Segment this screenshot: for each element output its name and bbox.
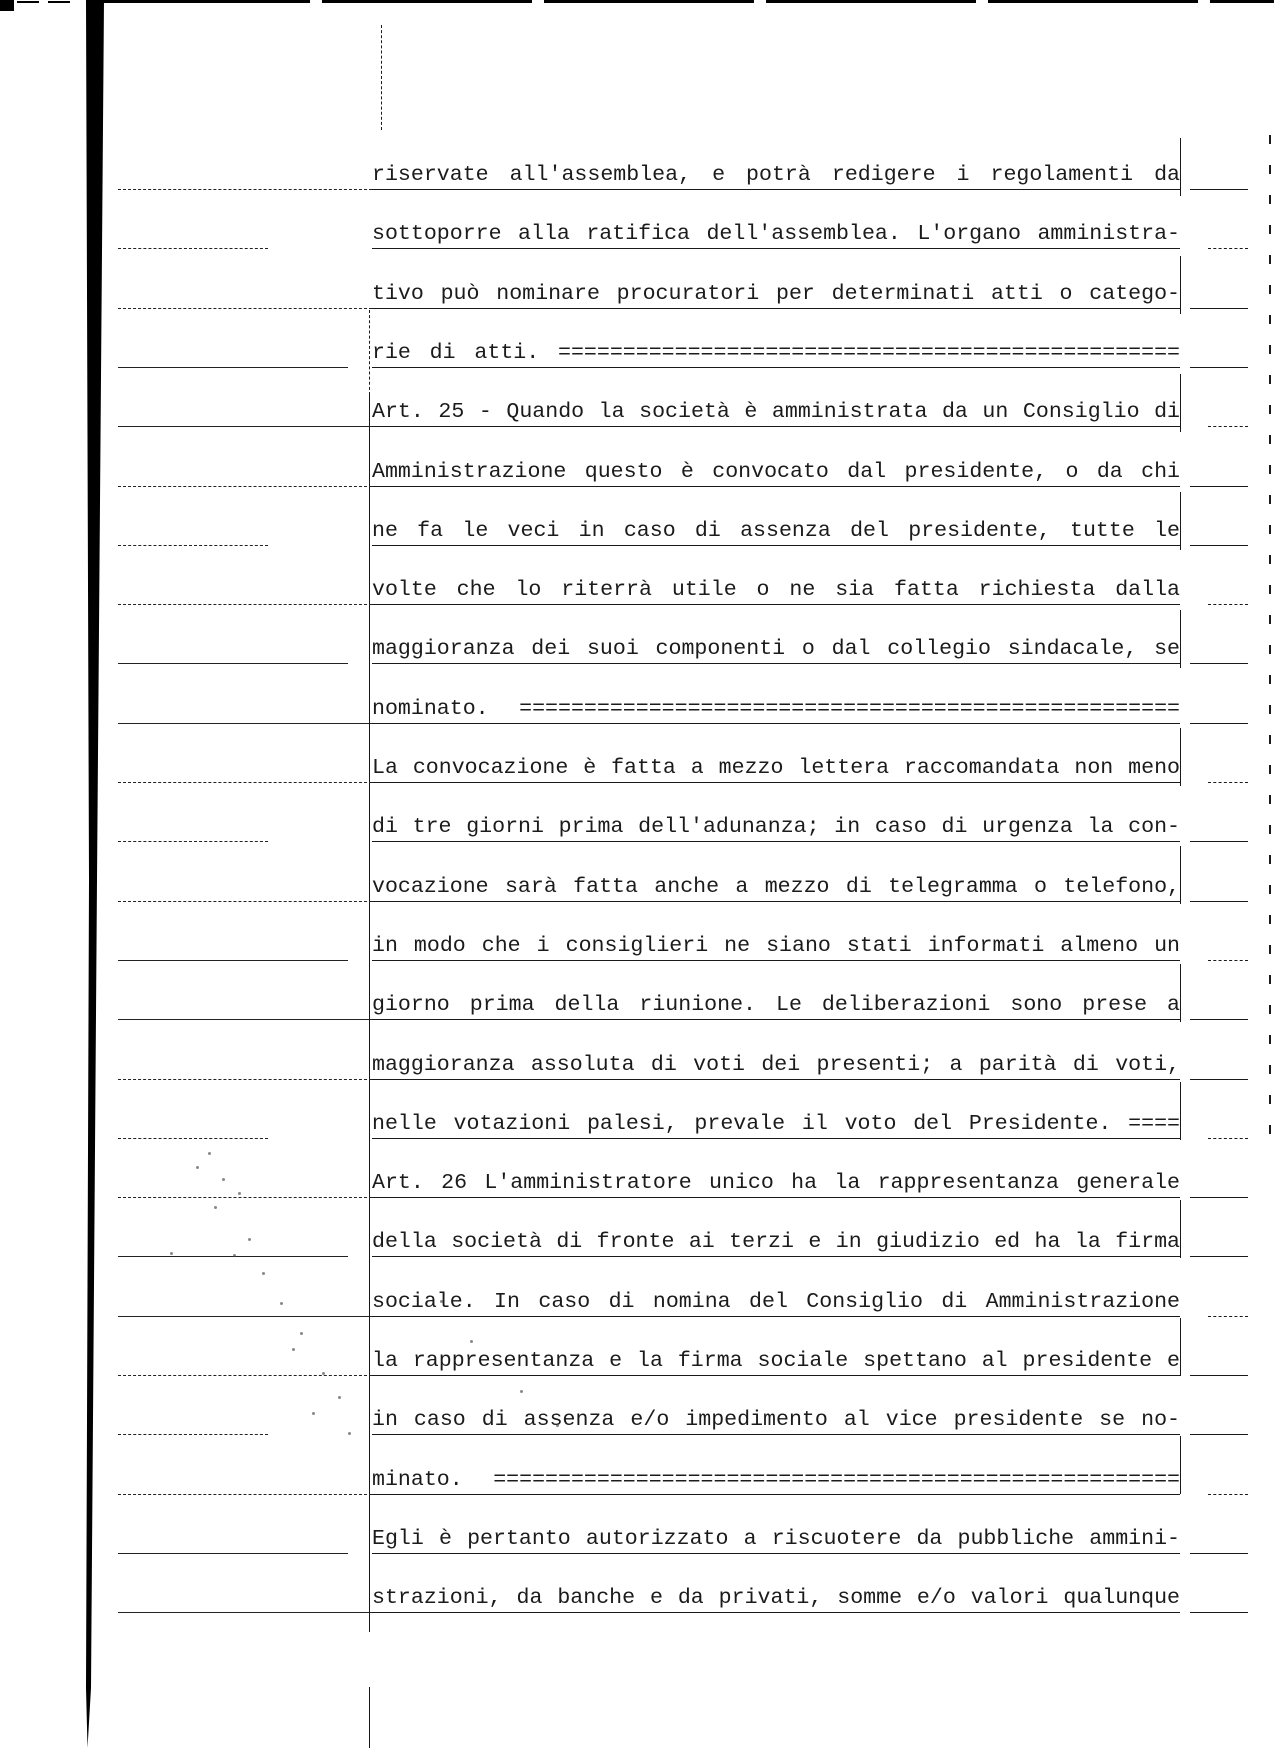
line-text: tivo può nominare procuratori per determ… bbox=[372, 282, 1180, 306]
ruled-line: minato. ================================… bbox=[372, 1447, 1180, 1495]
margin-rule-right bbox=[1208, 782, 1248, 783]
ruled-line: la rappresentanza e la firma sociale spe… bbox=[372, 1328, 1180, 1376]
margin-rule bbox=[118, 545, 268, 546]
margin-rule bbox=[118, 782, 372, 783]
margin-rule bbox=[118, 486, 372, 487]
margin-rule bbox=[118, 367, 348, 368]
line-text: minato. ================================… bbox=[372, 1468, 1180, 1492]
scanned-document-page: riservate all'assemblea, e potrà rediger… bbox=[0, 0, 1274, 1752]
line-text: Amministrazione questo è convocato dal p… bbox=[372, 460, 1180, 484]
margin-rule-right bbox=[1208, 1494, 1248, 1495]
line-text: strazioni, da banche e da privati, somme… bbox=[372, 1586, 1180, 1610]
ruled-line: in caso di assenza e/o impedimento al vi… bbox=[372, 1387, 1180, 1435]
text-line-22: in caso di assenza e/o impedimento al vi… bbox=[118, 1388, 1248, 1435]
ruled-line: Art. 26 L'amministratore unico ha la rap… bbox=[372, 1150, 1180, 1198]
line-text: in caso di assenza e/o impedimento al vi… bbox=[372, 1408, 1180, 1432]
ruled-line: Egli è pertanto autorizzato a riscuotere… bbox=[372, 1506, 1180, 1554]
line-text: sociale. In caso di nomina del Consiglio… bbox=[372, 1290, 1180, 1314]
ruled-line: Art. 25 - Quando la società è amministra… bbox=[372, 379, 1180, 427]
text-line-6: Amministrazione questo è convocato dal p… bbox=[118, 440, 1248, 487]
text-line-18: Art. 26 L'amministratore unico ha la rap… bbox=[118, 1151, 1248, 1198]
margin-rule bbox=[118, 1019, 372, 1020]
line-text: nelle votazioni palesi, prevale il voto … bbox=[372, 1112, 1180, 1136]
margin-rule bbox=[118, 248, 268, 249]
margin-rule-right bbox=[1190, 189, 1248, 190]
ruled-line: Amministrazione questo è convocato dal p… bbox=[372, 439, 1180, 487]
margin-rule-right bbox=[1190, 1019, 1248, 1020]
margin-rule-right bbox=[1190, 367, 1248, 368]
margin-rule bbox=[118, 1494, 372, 1495]
ruled-line: vocazione sarà fatta anche a mezzo di te… bbox=[372, 854, 1180, 902]
margin-rule-right bbox=[1190, 1434, 1248, 1435]
margin-rule-right bbox=[1208, 426, 1248, 427]
text-line-11: La convocazione è fatta a mezzo lettera … bbox=[118, 736, 1248, 783]
text-line-25: strazioni, da banche e da privati, somme… bbox=[118, 1566, 1248, 1613]
text-line-9: maggioranza dei suoi componenti o dal co… bbox=[118, 617, 1248, 664]
margin-rule bbox=[118, 604, 372, 605]
ruled-line: strazioni, da banche e da privati, somme… bbox=[372, 1565, 1180, 1613]
text-line-17: nelle votazioni palesi, prevale il voto … bbox=[118, 1092, 1248, 1139]
margin-rule bbox=[118, 1079, 372, 1080]
margin-rule-right bbox=[1208, 1138, 1248, 1139]
line-text: maggioranza dei suoi componenti o dal co… bbox=[372, 637, 1180, 661]
text-line-7: ne fa le veci in caso di assenza del pre… bbox=[118, 499, 1248, 546]
ruled-line: della società di fronte ai terzi e in gi… bbox=[372, 1209, 1180, 1257]
scan-edge-bar bbox=[85, 0, 105, 1752]
text-line-24: Egli è pertanto autorizzato a riscuotere… bbox=[118, 1507, 1248, 1554]
line-text: La convocazione è fatta a mezzo lettera … bbox=[372, 756, 1180, 780]
line-text: giorno prima della riunione. Le delibera… bbox=[372, 993, 1180, 1017]
margin-rule bbox=[118, 1434, 268, 1435]
margin-rule-right bbox=[1190, 1256, 1248, 1257]
ruled-line: sottoporre alla ratifica dell'assemblea.… bbox=[372, 201, 1180, 249]
margin-rule-right bbox=[1190, 486, 1248, 487]
text-line-14: in modo che i consiglieri ne siano stati… bbox=[118, 914, 1248, 961]
line-text: nominato. ==============================… bbox=[372, 697, 1180, 721]
line-text: maggioranza assoluta di voti dei present… bbox=[372, 1053, 1180, 1077]
text-line-2: sottoporre alla ratifica dell'assemblea.… bbox=[118, 202, 1248, 249]
margin-rule-right bbox=[1190, 723, 1248, 724]
line-text: della società di fronte ai terzi e in gi… bbox=[372, 1230, 1180, 1254]
text-line-1: riservate all'assemblea, e potrà rediger… bbox=[118, 143, 1248, 190]
margin-rule-right bbox=[1190, 1197, 1248, 1198]
text-line-20: sociale. In caso di nomina del Consiglio… bbox=[118, 1270, 1248, 1317]
ruled-line: di tre giorni prima dell'adunanza; in ca… bbox=[372, 794, 1180, 842]
ruled-line: sociale. In caso di nomina del Consiglio… bbox=[372, 1269, 1180, 1317]
line-text: Egli è pertanto autorizzato a riscuotere… bbox=[372, 1527, 1180, 1551]
margin-rule bbox=[118, 841, 268, 842]
line-text: di tre giorni prima dell'adunanza; in ca… bbox=[372, 815, 1180, 839]
margin-rule bbox=[118, 1553, 348, 1554]
text-line-21: la rappresentanza e la firma sociale spe… bbox=[118, 1329, 1248, 1376]
margin-rule-right bbox=[1190, 1553, 1248, 1554]
text-line-15: giorno prima della riunione. Le delibera… bbox=[118, 973, 1248, 1020]
line-text: Art. 26 L'amministratore unico ha la rap… bbox=[372, 1171, 1180, 1195]
margin-rule-right bbox=[1190, 545, 1248, 546]
line-text: volte che lo riterrà utile o ne sia fatt… bbox=[372, 578, 1180, 602]
line-text: vocazione sarà fatta anche a mezzo di te… bbox=[372, 875, 1180, 899]
line-text: Art. 25 - Quando la società è amministra… bbox=[372, 400, 1180, 424]
ruled-line: riservate all'assemblea, e potrà rediger… bbox=[372, 142, 1180, 190]
ruled-line: La convocazione è fatta a mezzo lettera … bbox=[372, 735, 1180, 783]
line-text: sottoporre alla ratifica dell'assemblea.… bbox=[372, 222, 1180, 246]
line-text: riservate all'assemblea, e potrà rediger… bbox=[372, 163, 1180, 187]
ruled-line: tivo può nominare procuratori per determ… bbox=[372, 261, 1180, 309]
margin-rule-right bbox=[1208, 1316, 1248, 1317]
margin-rule-right bbox=[1190, 841, 1248, 842]
text-line-10: nominato. ==============================… bbox=[118, 677, 1248, 724]
margin-rule bbox=[118, 1612, 372, 1613]
line-text: in modo che i consiglieri ne siano stati… bbox=[372, 934, 1180, 958]
margin-rule bbox=[118, 1197, 372, 1198]
ruled-line: rie di atti. ===========================… bbox=[372, 320, 1180, 368]
page-edge-vertical-rule bbox=[1269, 135, 1271, 1145]
ruled-line: ne fa le veci in caso di assenza del pre… bbox=[372, 498, 1180, 546]
text-line-19: della società di fronte ai terzi e in gi… bbox=[118, 1210, 1248, 1257]
margin-rule-right bbox=[1190, 663, 1248, 664]
margin-rule-right bbox=[1190, 308, 1248, 309]
margin-rule bbox=[118, 1375, 372, 1376]
margin-rule bbox=[118, 1138, 268, 1139]
line-text: ne fa le veci in caso di assenza del pre… bbox=[372, 519, 1180, 543]
margin-rule-right bbox=[1190, 1079, 1248, 1080]
text-line-16: maggioranza assoluta di voti dei present… bbox=[118, 1033, 1248, 1080]
margin-rule bbox=[118, 663, 348, 664]
left-margin-vertical-rule-bottom bbox=[369, 1687, 370, 1748]
margin-rule-right bbox=[1190, 901, 1248, 902]
ruled-line: nominato. ==============================… bbox=[372, 676, 1180, 724]
margin-rule-right bbox=[1190, 1612, 1248, 1613]
ruled-line: nelle votazioni palesi, prevale il voto … bbox=[372, 1091, 1180, 1139]
ruled-line: in modo che i consiglieri ne siano stati… bbox=[372, 913, 1180, 961]
scan-corner-dash bbox=[17, 1, 79, 3]
text-line-5: Art. 25 - Quando la società è amministra… bbox=[118, 380, 1248, 427]
margin-rule-right bbox=[1208, 960, 1248, 961]
margin-rule bbox=[118, 426, 372, 427]
text-line-8: volte che lo riterrà utile o ne sia fatt… bbox=[118, 558, 1248, 605]
ruled-line: giorno prima della riunione. Le delibera… bbox=[372, 972, 1180, 1020]
scan-corner-blot bbox=[0, 0, 14, 11]
margin-rule-right bbox=[1208, 604, 1248, 605]
ruled-line: maggioranza dei suoi componenti o dal co… bbox=[372, 616, 1180, 664]
margin-rule bbox=[118, 723, 372, 724]
text-line-4: rie di atti. ===========================… bbox=[118, 321, 1248, 368]
margin-rule bbox=[118, 308, 372, 309]
margin-rule-right bbox=[1208, 248, 1248, 249]
text-line-12: di tre giorni prima dell'adunanza; in ca… bbox=[118, 795, 1248, 842]
margin-rule bbox=[118, 1316, 372, 1317]
margin-rule bbox=[118, 960, 348, 961]
ruled-line: maggioranza assoluta di voti dei present… bbox=[372, 1032, 1180, 1080]
line-text: la rappresentanza e la firma sociale spe… bbox=[372, 1349, 1180, 1373]
text-line-23: minato. ================================… bbox=[118, 1448, 1248, 1495]
text-line-3: tivo può nominare procuratori per determ… bbox=[118, 262, 1248, 309]
scan-top-edge-line bbox=[100, 0, 1274, 3]
margin-rule-right bbox=[1190, 1375, 1248, 1376]
line-text: rie di atti. ===========================… bbox=[372, 341, 1180, 365]
margin-vertical-rule-top bbox=[381, 25, 382, 130]
ruled-line: volte che lo riterrà utile o ne sia fatt… bbox=[372, 557, 1180, 605]
text-line-13: vocazione sarà fatta anche a mezzo di te… bbox=[118, 855, 1248, 902]
margin-rule bbox=[118, 189, 372, 190]
margin-rule bbox=[118, 901, 372, 902]
